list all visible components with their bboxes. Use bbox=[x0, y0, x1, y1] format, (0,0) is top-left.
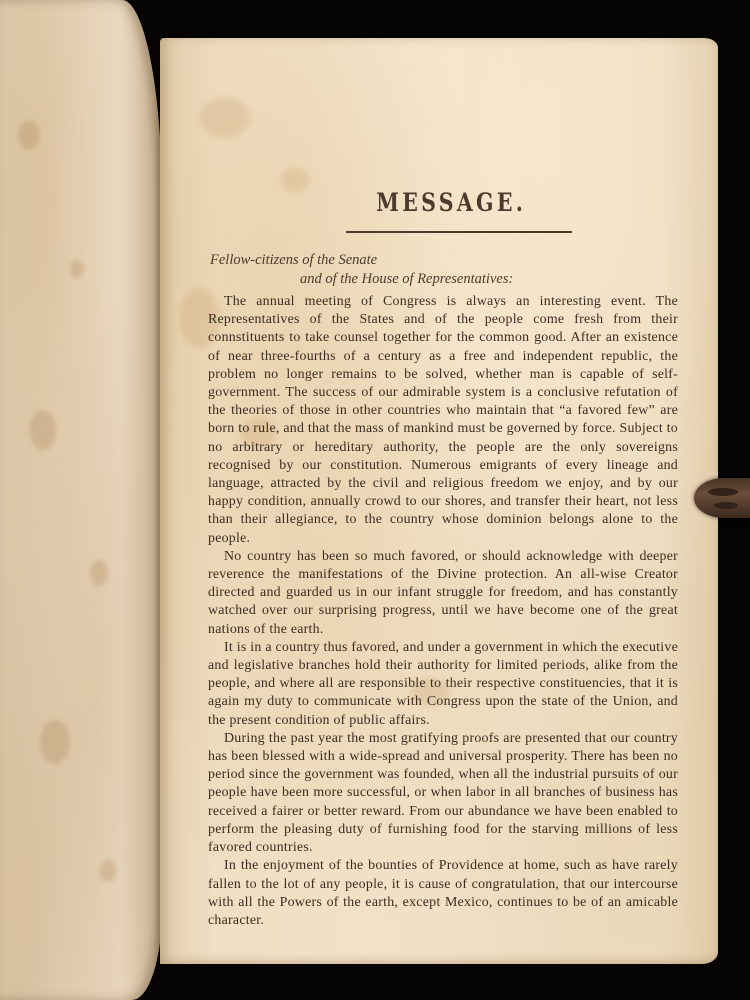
paragraph: In the enjoyment of the bounties of Prov… bbox=[208, 857, 678, 930]
salutation-line-1: Fellow-citizens of the Senate bbox=[208, 251, 678, 270]
foxing-spot bbox=[70, 260, 84, 278]
body-text: The annual meeting of Congress is always… bbox=[208, 293, 678, 930]
bookmark-ribbon bbox=[694, 478, 750, 518]
foxing-spot bbox=[100, 860, 116, 882]
paragraph: No country has been so much favored, or … bbox=[208, 548, 678, 639]
salutation-line-2: and of the House of Representatives: bbox=[208, 270, 678, 289]
foxing-spot bbox=[30, 410, 56, 450]
foxing-spot bbox=[18, 120, 40, 150]
document-page: MESSAGE. Fellow-citizens of the Senate a… bbox=[160, 38, 718, 964]
foxing-spot bbox=[40, 720, 70, 764]
page-content: MESSAGE. Fellow-citizens of the Senate a… bbox=[208, 188, 678, 930]
foxing-spot bbox=[90, 560, 108, 586]
paragraph: The annual meeting of Congress is always… bbox=[208, 293, 678, 548]
paragraph: It is in a country thus favored, and und… bbox=[208, 639, 678, 730]
photo-scene: MESSAGE. Fellow-citizens of the Senate a… bbox=[0, 0, 750, 1000]
paragraph: During the past year the most gratifying… bbox=[208, 730, 678, 857]
left-page-curled bbox=[0, 0, 162, 1000]
page-title: MESSAGE. bbox=[250, 188, 635, 217]
foxing-spot bbox=[200, 98, 250, 138]
title-divider bbox=[346, 231, 572, 233]
salutation: Fellow-citizens of the Senate and of the… bbox=[208, 251, 678, 289]
